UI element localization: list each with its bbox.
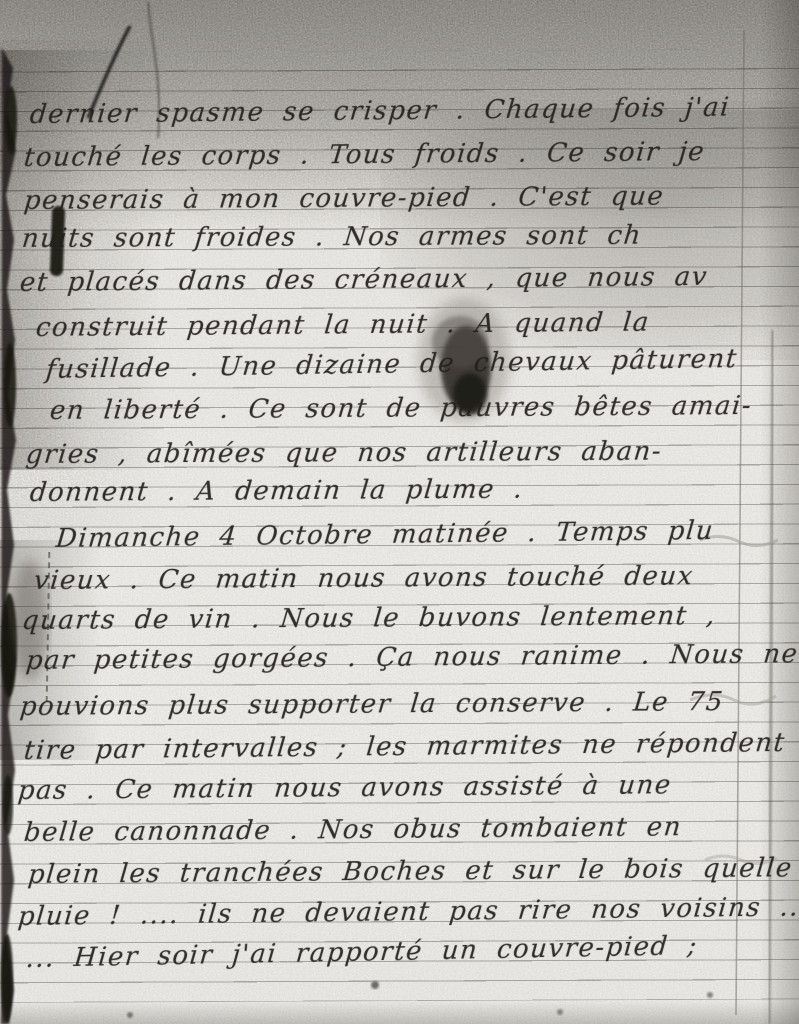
handwritten-line: vieux . Ce matin nous avons touché deux xyxy=(33,561,696,596)
handwritten-line: pas . Ce matin nous avons assisté à une xyxy=(17,770,674,806)
handwritten-line: construit pendant la nuit . A quand la xyxy=(35,308,652,343)
handwritten-line: nuits sont froides . Nos armes sont ch xyxy=(21,221,644,254)
speckle xyxy=(557,1009,563,1015)
handwritten-line: penserais à mon couvre-pied . C'est que xyxy=(23,182,666,216)
handwritten-line: en liberté . Ce sont de pauvres bêtes am… xyxy=(49,391,754,426)
handwritten-line: pouvions plus supporter la conserve . Le… xyxy=(19,687,726,722)
handwritten-line: donnent . A demain la plume . xyxy=(29,475,526,508)
speckle xyxy=(127,1012,133,1018)
handwritten-line: quarts de vin . Nous le buvons lentement… xyxy=(21,601,718,636)
handwritten-line: gries , abîmées que nos artilleurs aban- xyxy=(25,437,664,470)
handwritten-line: touché les corps . Tous froids . Ce soir… xyxy=(23,137,707,173)
scan-shadow-bottom xyxy=(0,1002,799,1024)
handwritten-line: belle canonnade . Nos obus tombaient en xyxy=(23,812,684,848)
handwritten-line: et placés dans des créneaux , que nous a… xyxy=(19,262,710,298)
scanned-diary-page: dernier spasme se crisper . Chaque fois … xyxy=(0,0,799,1024)
